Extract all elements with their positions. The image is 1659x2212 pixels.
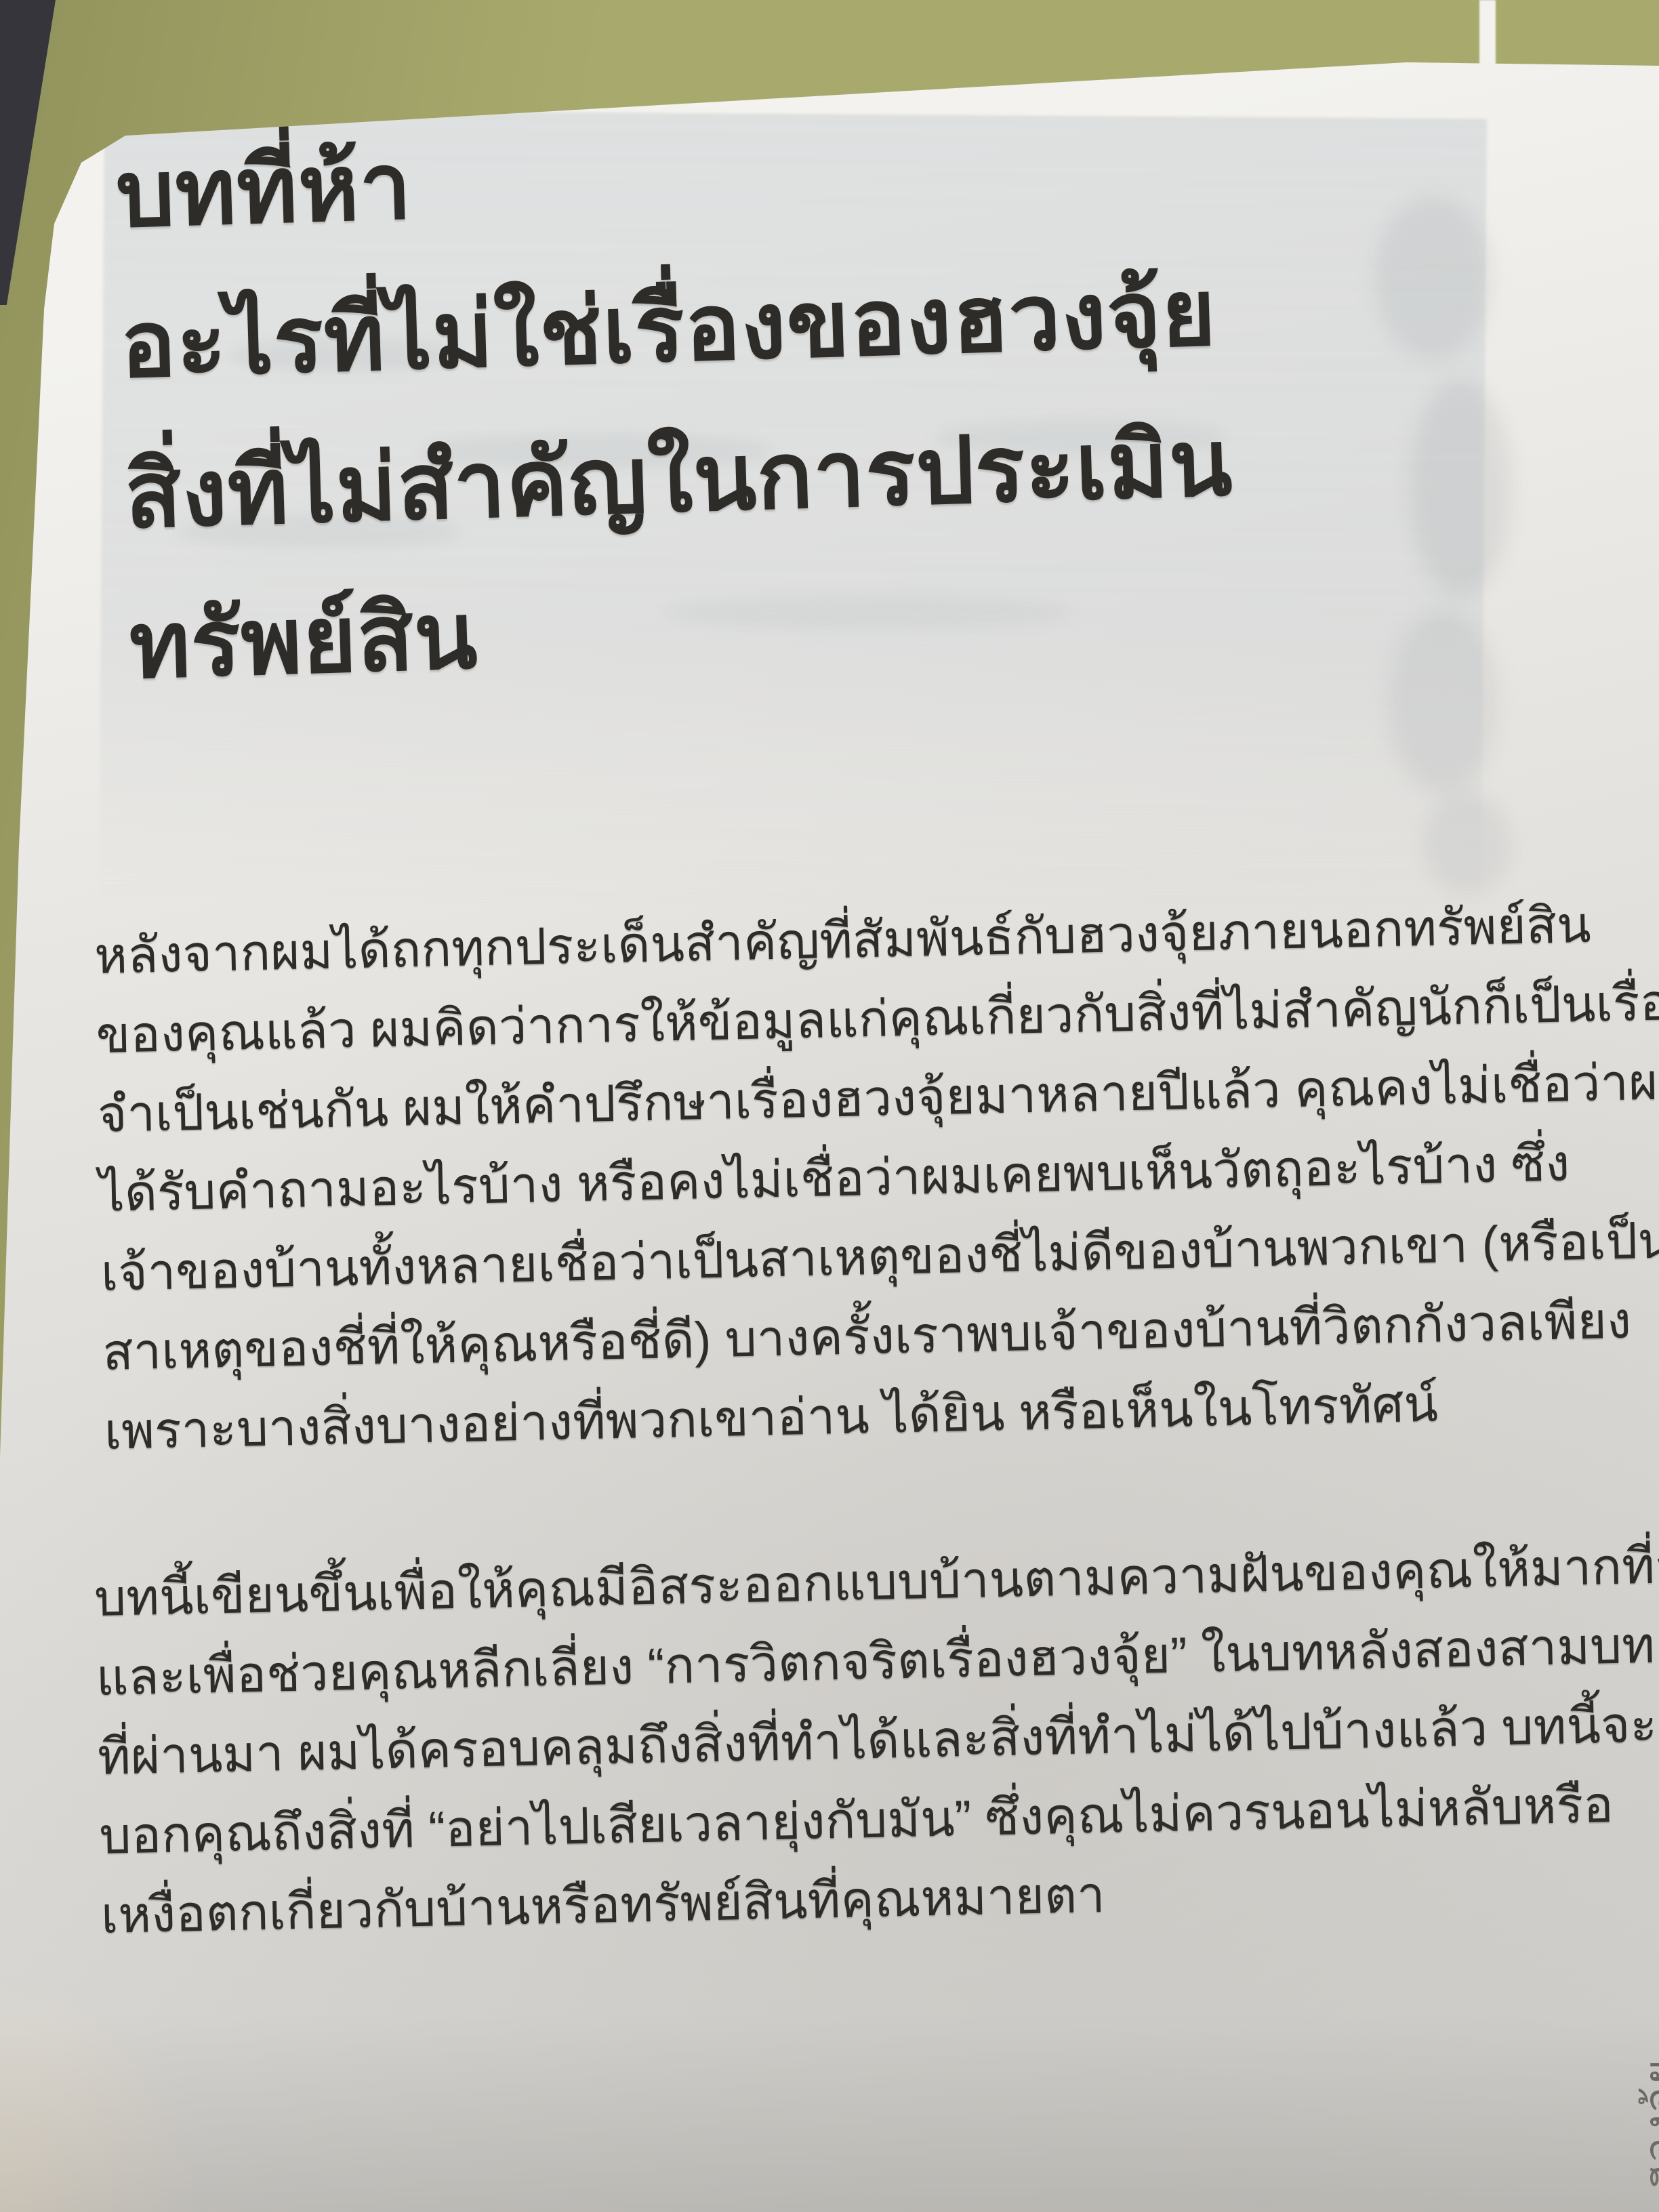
showthrough-blob [1389,610,1498,793]
body-text-line: เหงื่อตกเกี่ยวกับบ้านหรือทรัพย์สินที่คุณ… [100,1846,1518,1955]
body-text-line: สาเหตุของชี่ที่ให้คุณหรือชี่ดี) บางครั้ง… [102,1283,1519,1392]
chapter-title-shaded-box [99,109,1487,912]
showthrough-blob [935,420,1227,454]
body-text-line: เพราะบางสิ่งบางอย่างที่พวกเขาอ่าน ได้ยิน… [104,1362,1521,1471]
body-text-line: บทนี้เขียนขึ้นเพื่อให้คุณมีอิสระออกแบบบ้… [94,1529,1511,1638]
background-object [0,0,56,305]
body-text-line: ที่ผ่านมา ผมได้ครอบคลุมถึงสิ่งที่ทำได้แล… [97,1687,1515,1797]
showthrough-blob [1410,380,1511,596]
showthrough-blob [664,596,1071,629]
chapter-title: บทที่ห้า อะไรที่ไม่ใช่เรื่องของฮวงจุ้ย ส… [114,78,1527,721]
book-page: บทที่ห้า อะไรที่ไม่ใช่เรื่องของฮวงจุ้ย ส… [0,0,1659,2212]
body-text-line: จำเป็นเช่นกัน ผมให้คำปรึกษาเรื่องฮวงจุ้ย… [97,1045,1515,1154]
showthrough-blob [230,339,461,371]
body-paragraph: บทนี้เขียนขึ้นเพื่อให้คุณมีอิสระออกแบบบ้… [94,1529,1518,1955]
showthrough-blob [176,515,461,548]
chapter-title-line: อะไรที่ไม่ใช่เรื่องของฮวงจุ้ย [119,228,1519,420]
body-text-line: เจ้าของบ้านทั้งหลายเชื่อว่าเป็นสาเหตุของ… [100,1204,1518,1313]
body-text-line: บอกคุณถึงสิ่งที่ “อย่าไปเสียเวลายุ่งกับม… [98,1767,1516,1876]
body-text-line: และเพื่อช่วยคุณหลีกเลี่ยง “การวิตกจริตเร… [95,1608,1513,1717]
chapter-title-line: บทที่ห้า [114,78,1514,270]
book-page-photo: บทที่ห้า อะไรที่ไม่ใช่เรื่องของฮวงจุ้ย ส… [0,0,1659,2212]
body-text-line: ได้รับคำถามอะไรบ้าง หรือคงไม่เชื่อว่าผมเ… [98,1124,1516,1233]
page-edge-vertical-text: ฮวงจุ้ย [1625,2057,1659,2190]
page-corner-shading [0,1816,380,2212]
page-left-edge-shading [0,291,23,739]
body-text-line: ของคุณแล้ว ผมคิดว่าการให้ข้อมูลแก่คุณเกี… [95,966,1513,1075]
chapter-title-line: ทรัพย์สิน [127,529,1528,721]
chapter-title-line: สิ่งที่ไม่สำคัญในการประเมิน [123,379,1523,571]
showthrough-blob [420,434,773,469]
showthrough-blob [1423,793,1511,895]
showthrough-blob [1376,197,1491,359]
body-paragraph: หลังจากผมได้ถกทุกประเด็นสำคัญที่สัมพันธ์… [94,886,1521,1471]
body-text-line: หลังจากผมได้ถกทุกประเด็นสำคัญที่สัมพันธ์… [94,886,1511,996]
